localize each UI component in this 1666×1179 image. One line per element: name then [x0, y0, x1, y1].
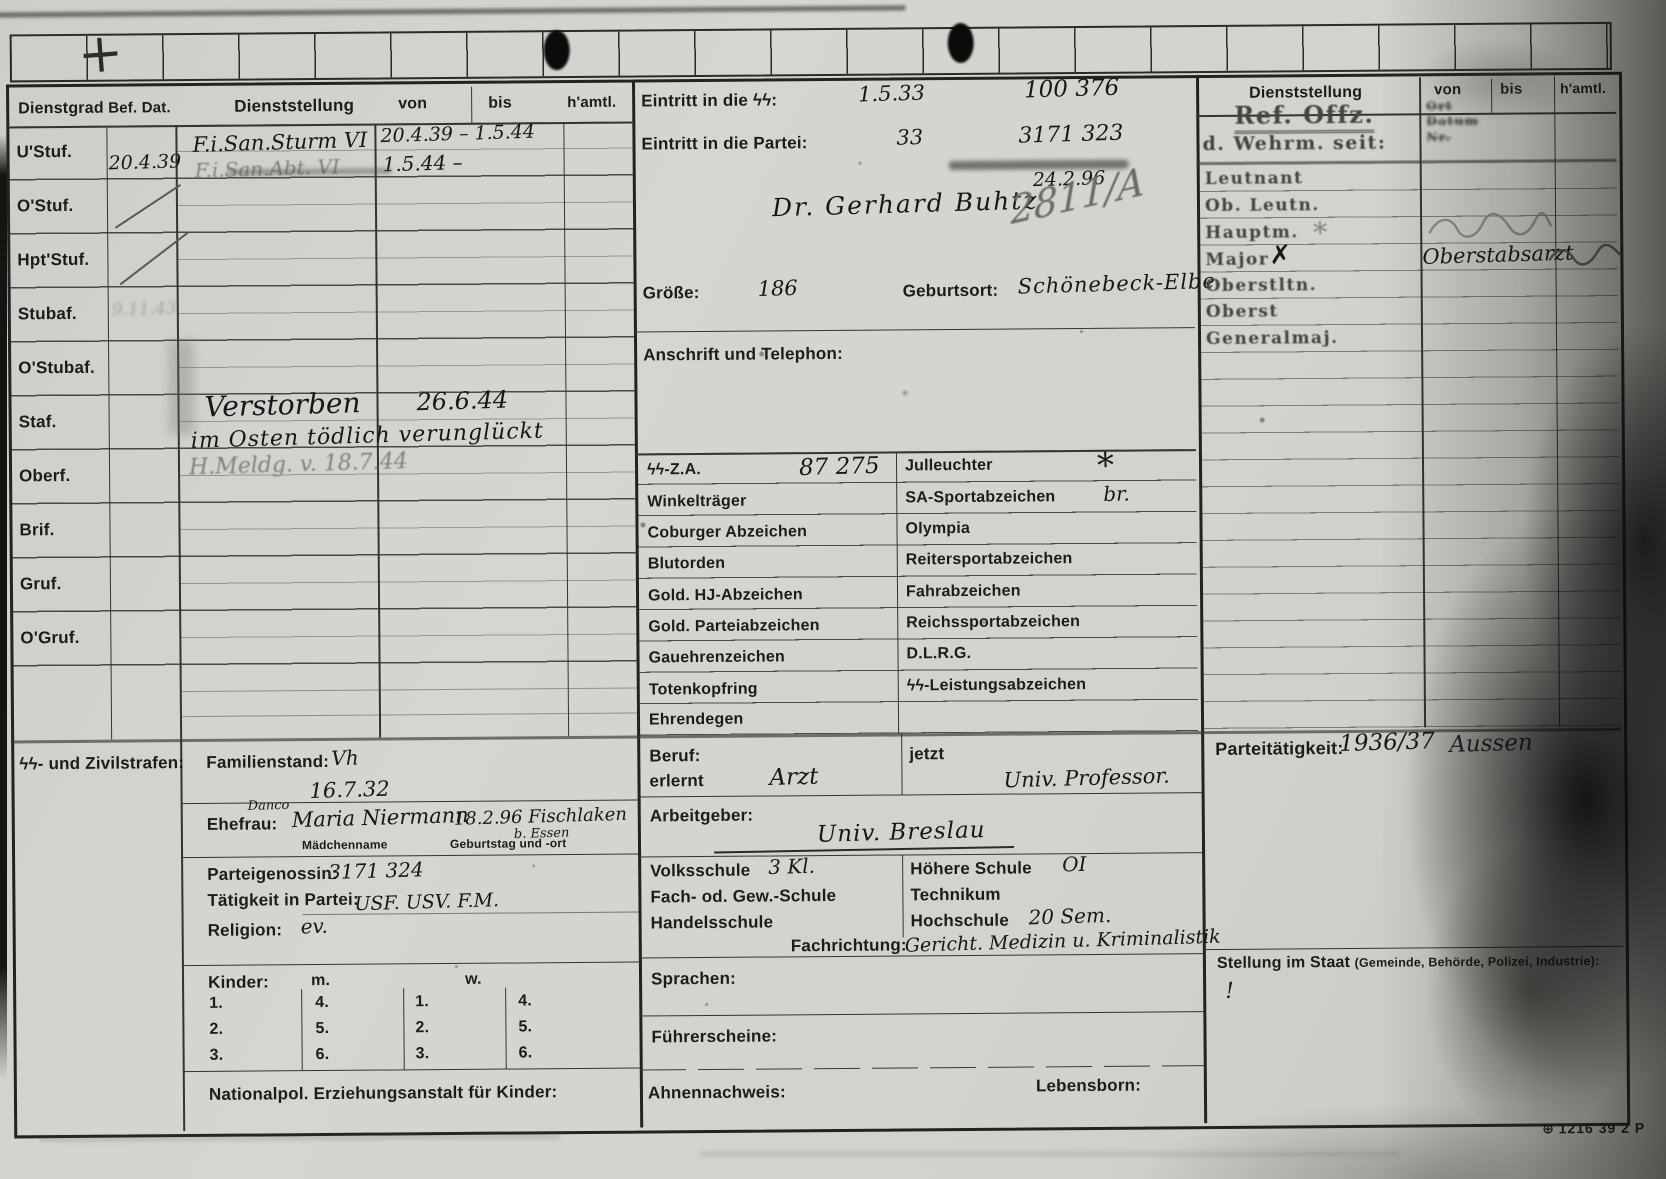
- sheet-left-edge-shadow: [0, 135, 7, 1080]
- party-activity-label: Tätigkeit in Partei:: [207, 890, 359, 911]
- employer-value: Univ. Breslau: [817, 817, 986, 848]
- child-num: 4.: [518, 992, 532, 1010]
- children-label: Kinder:: [208, 972, 269, 992]
- ss-number: 100 376: [1024, 75, 1120, 104]
- lebensborn-label: Lebensborn:: [1036, 1076, 1141, 1097]
- technikum-label: Technikum: [910, 885, 1000, 906]
- child-num: 1.: [415, 993, 429, 1011]
- print-number: 1216 39 2 P: [1559, 1120, 1646, 1137]
- badge-label: Winkelträger: [647, 493, 746, 512]
- religion-value: ev.: [300, 914, 328, 939]
- party-member-label: Parteigenossin:: [207, 864, 338, 885]
- column-header-bis: bis: [488, 95, 512, 113]
- stamp-rank: Ob. Leutn.: [1205, 195, 1320, 216]
- party-entry-value: 33: [896, 125, 923, 150]
- maiden-name-label: Mädchenname: [302, 838, 388, 853]
- party-entry-label: Eintritt in die Partei:: [641, 133, 807, 154]
- wife-annotation: Danco: [247, 798, 289, 814]
- employer-label: Arbeitgeber:: [650, 806, 754, 827]
- erlernt-label: erlernt: [649, 771, 703, 791]
- hoehere-value: OI: [1062, 852, 1087, 877]
- rank-label: Staf.: [19, 412, 57, 432]
- child-num: 4.: [315, 994, 329, 1012]
- marriage-date: 16.7.32: [309, 777, 390, 803]
- stamp-rank: Leutnant: [1205, 168, 1304, 189]
- child-num: 3.: [210, 1047, 224, 1065]
- form-print-mark: ⊕ 1216 39 2 P: [1542, 1120, 1645, 1139]
- rank-label: O'Stubaf.: [18, 358, 95, 379]
- badge-label: ϟϟ-Leistungsabzeichen: [907, 676, 1087, 695]
- napola-label: Nationalpol. Erziehungsanstalt für Kinde…: [209, 1082, 558, 1105]
- ss-entry-value: 1.5.33: [858, 81, 925, 107]
- stamp-rank: Generalmaj.: [1206, 328, 1339, 349]
- ink-scrawl: [1545, 240, 1625, 271]
- column-header-bis: bis: [1500, 81, 1522, 98]
- punch-hole: [948, 23, 974, 63]
- marital-label: Familienstand:: [206, 752, 329, 773]
- handwritten-cross-mark: +: [75, 20, 125, 86]
- rank-label: Stubaf.: [18, 304, 77, 324]
- rank-label: Gruf.: [20, 574, 62, 594]
- print-emblem-icon: ⊕: [1542, 1120, 1554, 1136]
- handwritten-exclamation: !: [1225, 979, 1235, 1004]
- stellung-label: Stellung im Staat: [1217, 954, 1350, 972]
- badge-value: br.: [1103, 481, 1130, 506]
- stellung-sublabel: (Gemeinde, Behörde, Polizei, Industrie):: [1355, 954, 1600, 970]
- parteitaetigkeit-text: Aussen: [1449, 730, 1533, 758]
- child-num: 6.: [316, 1046, 330, 1064]
- handwritten-deceased: Verstorben: [204, 386, 361, 423]
- address-label: Anschrift und Telephon:: [643, 344, 843, 366]
- sheet-edge: [0, 5, 905, 17]
- handwritten-faint-date: 9.11.43: [112, 298, 177, 320]
- handelsschule-label: Handelsschule: [651, 912, 774, 933]
- child-num: 5.: [518, 1018, 532, 1036]
- handwritten-unit-1-dates: 20.4.39 – 1.5.44: [380, 121, 535, 147]
- penalties-label: ϟϟ- und Zivilstrafen:: [19, 753, 184, 774]
- rank-label: O'Gruf.: [20, 628, 79, 648]
- illegible-stamp: Datum: [1426, 114, 1479, 128]
- badge-label: Olympia: [905, 520, 970, 539]
- wife-label: Ehefrau:: [207, 814, 278, 835]
- form-sheet: + Dienstgrad Bef. Dat. Dienststellung: [0, 0, 1666, 1179]
- column-header-von: von: [398, 95, 427, 113]
- pencil-scrawl: [1425, 208, 1555, 243]
- badge-label: Reitersportabzeichen: [906, 550, 1073, 569]
- stamp-wehrmacht: d. Wehrm. seit:: [1202, 132, 1386, 155]
- hochschule-value: 20 Sem.: [1028, 903, 1111, 929]
- handwritten-promotion-date: 20.4.39: [108, 150, 181, 174]
- punch-hole: [544, 30, 570, 70]
- fachschule-label: Fach- od. Gew.-Schule: [650, 886, 836, 907]
- badge-label: Gold. Parteiabzeichen: [648, 617, 819, 636]
- stamp-ref-offz: Ref. Offz.: [1234, 100, 1374, 134]
- illegible-stamp: Nr.: [1426, 130, 1451, 144]
- child-num: 6.: [519, 1044, 533, 1062]
- erlernt-value: Arzt: [769, 764, 819, 791]
- handwritten-deceased-date: 26.6.44: [416, 386, 508, 417]
- rank-label: Brif.: [19, 520, 54, 540]
- column-header-von: von: [1434, 81, 1461, 98]
- handwritten-unit-1: F.i.San.Sturm VI: [192, 128, 368, 157]
- rank-label: Oberf.: [19, 466, 70, 486]
- badge-label: Blutorden: [648, 555, 725, 574]
- badge-value: 87 275: [799, 453, 880, 481]
- handwritten-unit-2-dates: 1.5.44 –: [382, 150, 463, 176]
- stamp-rank: Oberstltn.: [1206, 275, 1318, 296]
- stellung-label-row: Stellung im Staat (Gemeinde, Behörde, Po…: [1217, 952, 1600, 973]
- beruf-label: Beruf:: [649, 746, 700, 766]
- party-member-value: 3171 324: [328, 857, 424, 884]
- badge-label: SA-Sportabzeichen: [905, 488, 1055, 507]
- sprachen-label: Sprachen:: [651, 969, 736, 990]
- fachrichtung-label: Fachrichtung:: [791, 935, 907, 956]
- child-num: 1.: [209, 995, 223, 1013]
- marital-value: Vh: [331, 745, 359, 770]
- stamp-rank: Major: [1205, 250, 1269, 271]
- badge-value: *: [1096, 446, 1114, 486]
- party-number: 3171 323: [1018, 121, 1124, 149]
- badge-label: Gold. HJ-Abzeichen: [648, 586, 803, 605]
- fuehrerscheine-label: Führerscheine:: [651, 1026, 777, 1047]
- illegible-stamp: Ort: [1426, 99, 1453, 113]
- hoehere-label: Höhere Schule: [910, 858, 1032, 879]
- ink-mark-major: ✗: [1269, 240, 1292, 271]
- column-header-hamtl: h'amtl.: [1560, 80, 1606, 96]
- badge-label: ϟϟ-Z.A.: [647, 461, 701, 479]
- wife-name: Maria Niermann: [291, 803, 469, 832]
- smudge: [168, 340, 195, 435]
- column-header-hamtl: h'amtl.: [567, 94, 616, 111]
- paper-streak: [700, 1152, 1400, 1156]
- child-num: 2.: [209, 1021, 223, 1039]
- height-value: 186: [757, 276, 798, 301]
- children-female-label: w.: [465, 971, 482, 989]
- hochschule-label: Hochschule: [911, 911, 1010, 932]
- birth-label: Geburtstag und -ort: [450, 836, 567, 851]
- column-header-dienstgrad: Dienstgrad: [18, 100, 104, 119]
- ahnennachweis-label: Ahnennachweis:: [648, 1082, 786, 1103]
- parteitaetigkeit-label: Parteitätigkeit:: [1215, 738, 1343, 760]
- badge-label: Totenkopfring: [649, 681, 758, 700]
- child-num: 3.: [416, 1045, 430, 1063]
- parteitaetigkeit-years: 1936/37: [1339, 728, 1435, 757]
- ss-entry-label: Eintritt in die ϟϟ:: [641, 90, 777, 111]
- badge-label: Fahrabzeichen: [906, 583, 1021, 602]
- party-activity-value: USF. USV. F.M.: [354, 889, 499, 915]
- rank-label: O'Stuf.: [17, 196, 74, 216]
- birthplace-label: Geburtsort:: [903, 281, 999, 302]
- child-num: 5.: [315, 1020, 329, 1038]
- pencil-mark-hauptm: *: [1313, 216, 1328, 249]
- volksschule-value: 3 Kl.: [768, 854, 815, 879]
- volksschule-label: Volksschule: [650, 861, 750, 882]
- badge-label: Gauehrenzeichen: [648, 648, 785, 667]
- scanned-personnel-card: + Dienstgrad Bef. Dat. Dienststellung: [0, 0, 1666, 1179]
- jetzt-label: jetzt: [909, 744, 944, 764]
- stamp-rank: Oberst: [1206, 301, 1279, 322]
- badge-label: Julleuchter: [905, 457, 993, 476]
- badge-label: Coburger Abzeichen: [647, 523, 807, 542]
- badge-label: Reichssportabzeichen: [906, 613, 1080, 632]
- religion-label: Religion:: [208, 920, 283, 941]
- column-header-dienststellung: Dienststellung: [234, 96, 354, 117]
- height-label: Größe:: [643, 283, 700, 303]
- column-header-bef-dat: Bef. Dat.: [108, 99, 171, 116]
- badge-label: D.L.R.G.: [906, 645, 971, 664]
- children-male-label: m.: [311, 972, 330, 990]
- child-num: 2.: [415, 1019, 429, 1037]
- jetzt-value: Univ. Professor.: [1003, 764, 1170, 793]
- badge-label: Ehrendegen: [649, 711, 744, 730]
- rank-label: Hpt'Stuf.: [17, 250, 89, 271]
- rank-label: U'Stuf.: [16, 142, 72, 162]
